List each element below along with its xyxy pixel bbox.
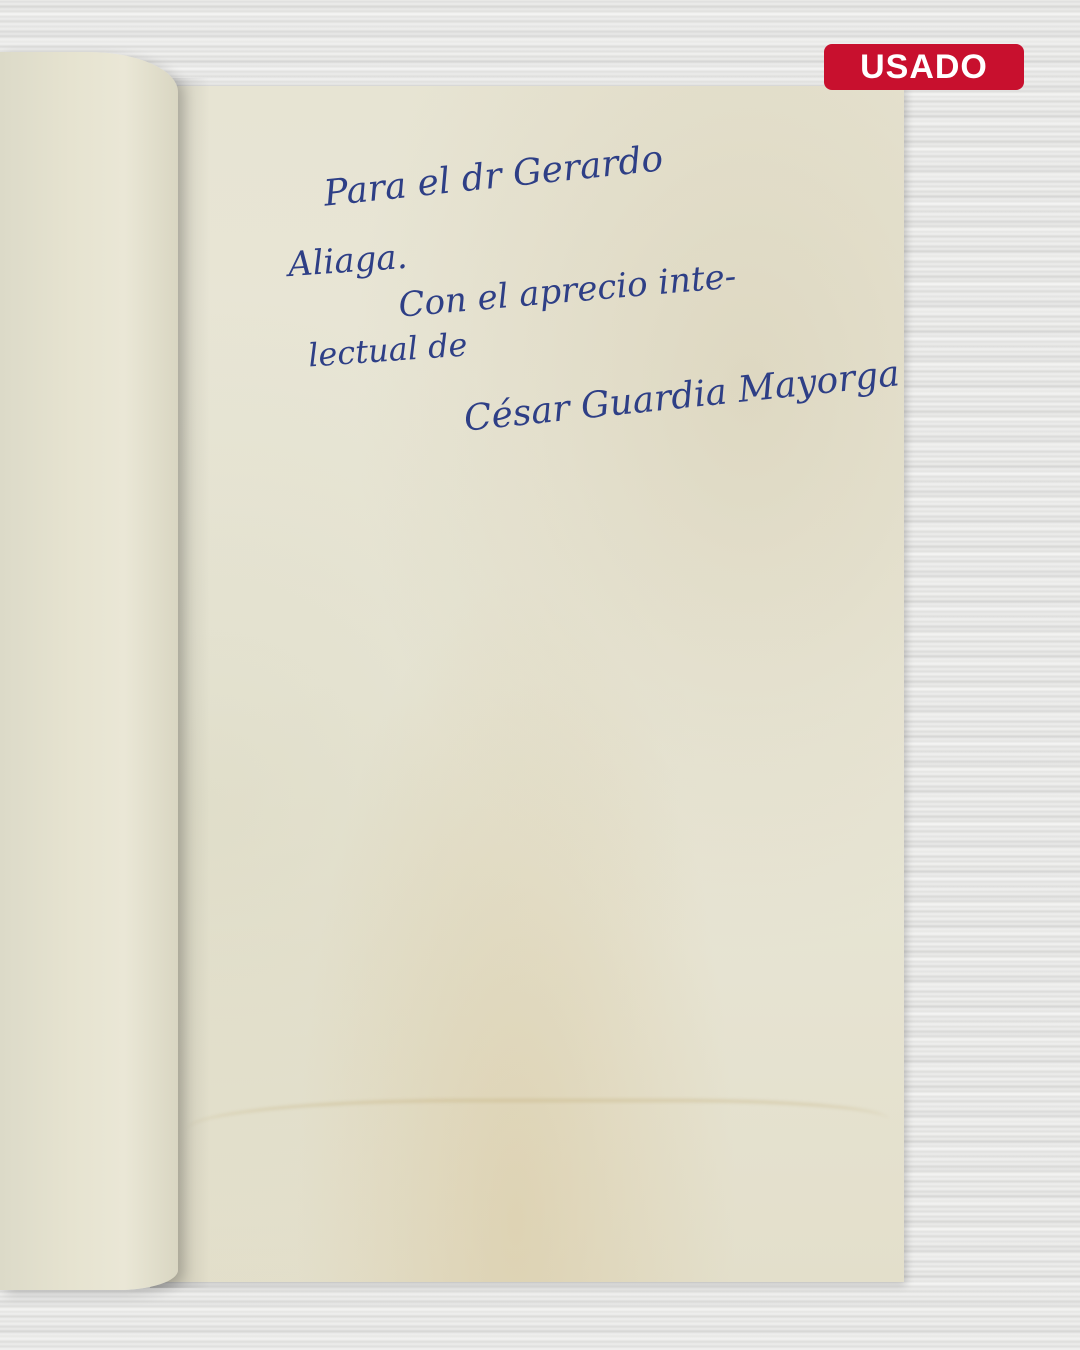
inscription-line-1: Para el dr Gerardo [322,138,665,214]
condition-badge-label: USADO [860,48,988,87]
inscription-line-3: Con el aprecio inte- [397,256,738,325]
inscription-signature: César Guardia Mayorga [462,353,901,440]
book-right-page: Para el dr Gerardo Aliaga. Con el apreci… [128,86,904,1282]
condition-badge: USADO [824,44,1024,90]
book-left-page [0,52,178,1290]
inscription-line-4: lectual de [307,325,469,374]
handwritten-dedication: Para el dr Gerardo Aliaga. Con el apreci… [288,156,808,516]
product-photo: Para el dr Gerardo Aliaga. Con el apreci… [0,0,1080,1350]
water-stain [188,1099,888,1242]
inscription-line-2: Aliaga. [287,237,409,285]
